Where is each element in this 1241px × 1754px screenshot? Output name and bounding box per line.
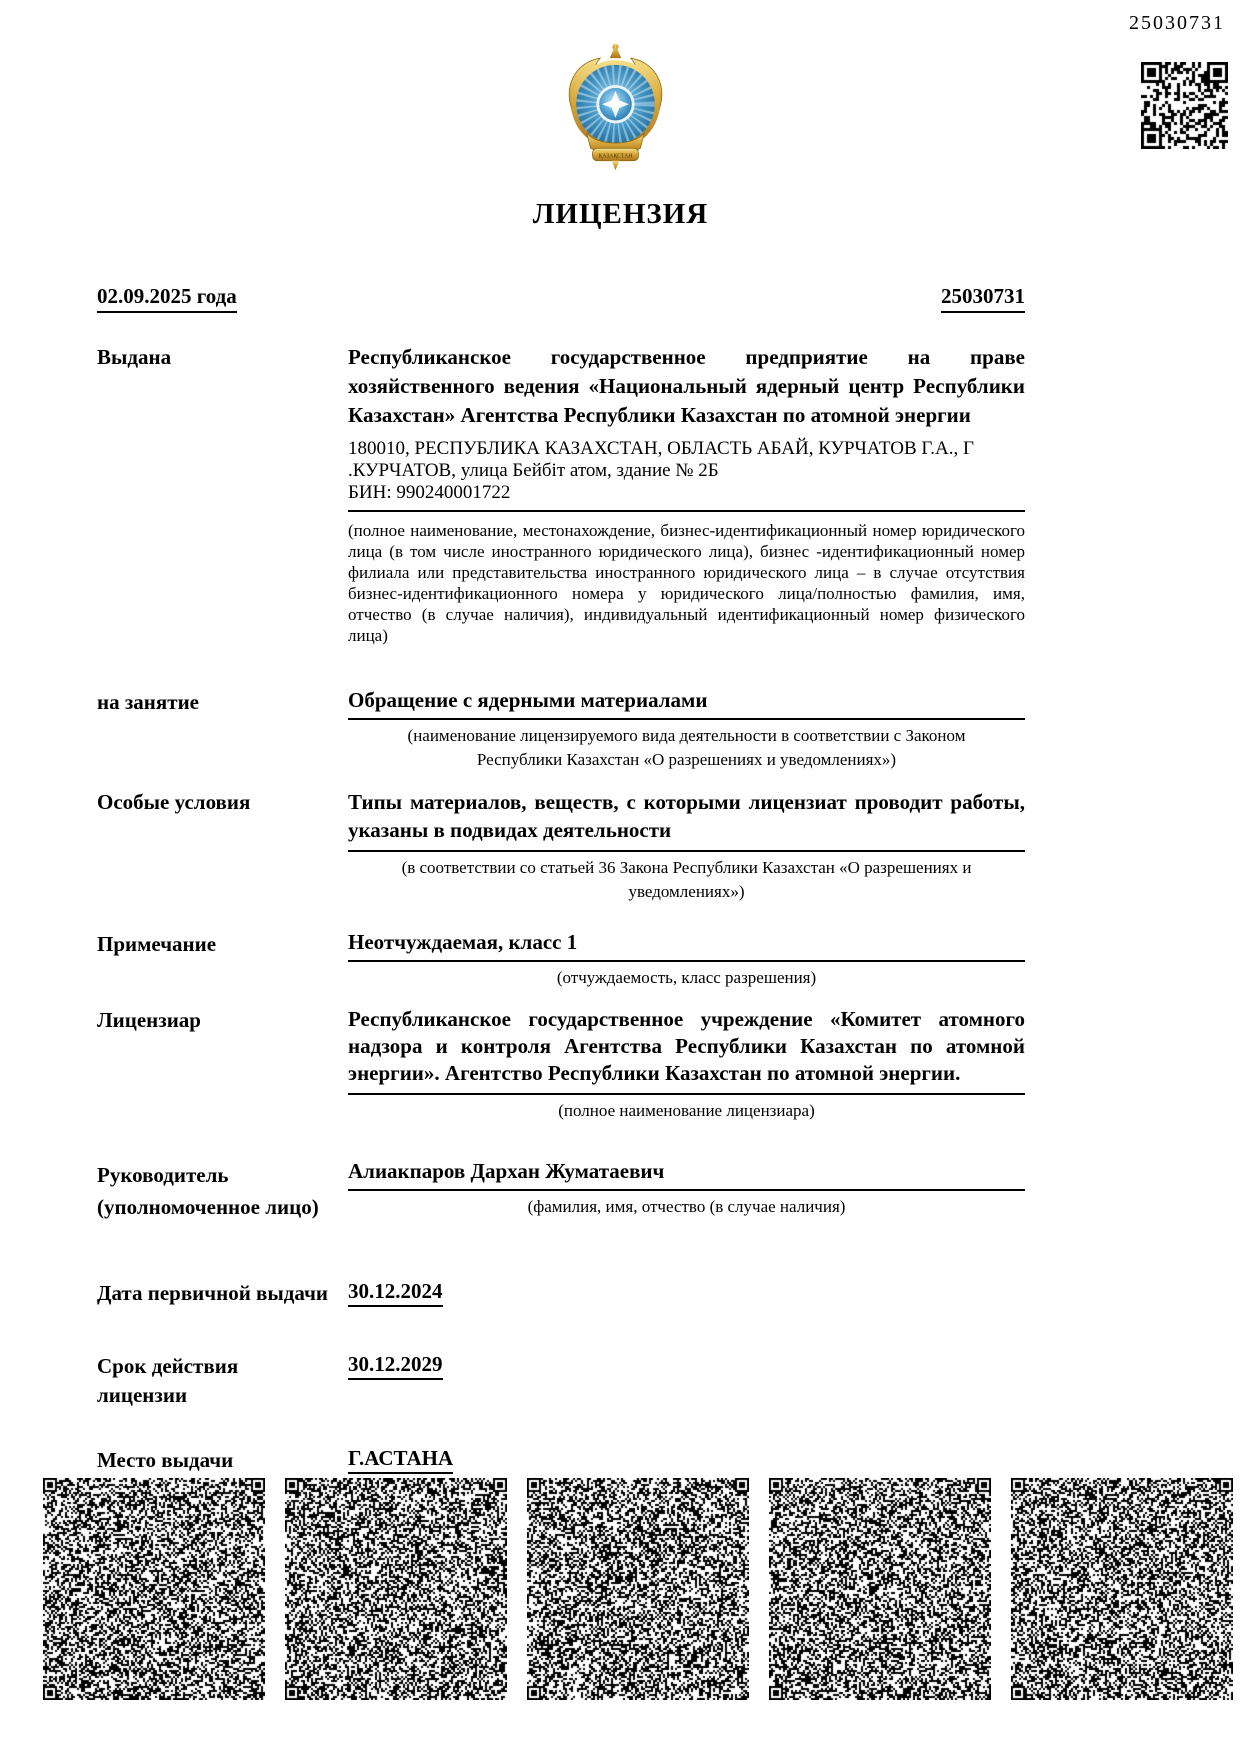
- first-issue-label: Дата первичной выдачи: [97, 1279, 348, 1308]
- section-note: Примечание Неотчуждаемая, класс 1 (отчуж…: [97, 930, 1025, 990]
- licensee-bin: БИН: 990240001722: [348, 482, 1025, 504]
- issue-place-value: Г.АСТАНА: [348, 1446, 453, 1474]
- activity-caption: (наименование лицензируемого вида деятел…: [367, 724, 1007, 772]
- head-field: Алиакпаров Дархан Жуматаевич (фамилия, и…: [348, 1159, 1025, 1219]
- section-head: Руководитель (уполномоченное лицо) Алиак…: [97, 1159, 1025, 1223]
- issued-to-caption: (полное наименование, местонахождение, б…: [348, 520, 1025, 646]
- note-label: Примечание: [97, 930, 348, 959]
- section-first-issue-date: Дата первичной выдачи 30.12.2024: [97, 1279, 1025, 1308]
- section-issue-place: Место выдачи Г.АСТАНА: [97, 1446, 1025, 1475]
- licensee-address: 180010, РЕСПУБЛИКА КАЗАХСТАН, ОБЛАСТЬ АБ…: [348, 438, 1025, 482]
- section-issued-to: Выдана Республиканское государственное п…: [97, 343, 1025, 646]
- head-value: Алиакпаров Дархан Жуматаевич: [348, 1159, 1025, 1191]
- signature-barcode-row: [43, 1478, 1233, 1700]
- signature-barcode-1: [43, 1478, 265, 1700]
- meta-row: 02.09.2025 года 25030731: [97, 284, 1025, 313]
- section-validity: Срок действия лицензии 30.12.2029: [97, 1352, 1025, 1410]
- licensor-label: Лицензиар: [97, 1006, 348, 1035]
- license-number: 25030731: [941, 284, 1025, 313]
- activity-value: Обращение с ядерными материалами: [348, 688, 1025, 720]
- issued-to-value-block: Республиканское государственное предприя…: [348, 343, 1025, 512]
- section-special-conditions: Особые условия Типы материалов, веществ,…: [97, 788, 1025, 904]
- license-document-page: 25030731: [0, 0, 1241, 1754]
- section-licensor: Лицензиар Республиканское государственно…: [97, 1006, 1025, 1123]
- signature-barcode-3: [527, 1478, 749, 1700]
- licensee-name: Республиканское государственное предприя…: [348, 343, 1025, 430]
- activity-label: на занятие: [97, 688, 348, 717]
- licensor-value: Республиканское государственное учрежден…: [348, 1006, 1025, 1095]
- issued-to-label: Выдана: [97, 343, 348, 372]
- document-number-top: 25030731: [1129, 12, 1225, 35]
- validity-label: Срок действия лицензии: [97, 1352, 272, 1410]
- emblem-tassel: [612, 161, 620, 171]
- signature-barcode-2: [285, 1478, 507, 1700]
- head-caption: (фамилия, имя, отчество (в случае наличи…: [367, 1195, 1007, 1219]
- validity-date: 30.12.2029: [348, 1352, 443, 1380]
- licensor-field: Республиканское государственное учрежден…: [348, 1006, 1025, 1123]
- document-body: 02.09.2025 года 25030731 Выдана Республи…: [97, 284, 1025, 1475]
- signature-barcode-4: [769, 1478, 991, 1700]
- emblem-top-crest: [610, 45, 622, 58]
- special-conditions-field: Типы материалов, веществ, с которыми лиц…: [348, 788, 1025, 904]
- issue-date: 02.09.2025 года: [97, 284, 237, 313]
- licensor-caption: (полное наименование лицензиара): [367, 1099, 1007, 1123]
- first-issue-date: 30.12.2024: [348, 1279, 443, 1307]
- note-value: Неотчуждаемая, класс 1: [348, 930, 1025, 962]
- head-label: Руководитель (уполномоченное лицо): [97, 1159, 342, 1223]
- note-caption: (отчуждаемость, класс разрешения): [367, 966, 1007, 990]
- section-activity: на занятие Обращение с ядерными материал…: [97, 688, 1025, 772]
- licensee-address-block: 180010, РЕСПУБЛИКА КАЗАХСТАН, ОБЛАСТЬ АБ…: [348, 438, 1025, 504]
- emblem-banner-text: ҚАЗАҚСТАН: [598, 153, 632, 159]
- note-field: Неотчуждаемая, класс 1 (отчуждаемость, к…: [348, 930, 1025, 990]
- special-conditions-label: Особые условия: [97, 788, 348, 817]
- activity-field: Обращение с ядерными материалами (наимен…: [348, 688, 1025, 772]
- special-conditions-value: Типы материалов, веществ, с которыми лиц…: [348, 788, 1025, 852]
- kazakhstan-coat-of-arms: ҚАЗАҚСТАН: [558, 38, 673, 178]
- qr-code: [1141, 62, 1228, 149]
- special-conditions-caption: (в соответствии со статьей 36 Закона Рес…: [387, 856, 987, 904]
- signature-barcode-5: [1011, 1478, 1233, 1700]
- page-title: ЛИЦЕНЗИЯ: [0, 198, 1241, 231]
- issued-to-field: Республиканское государственное предприя…: [348, 343, 1025, 646]
- issue-place-label: Место выдачи: [97, 1446, 348, 1475]
